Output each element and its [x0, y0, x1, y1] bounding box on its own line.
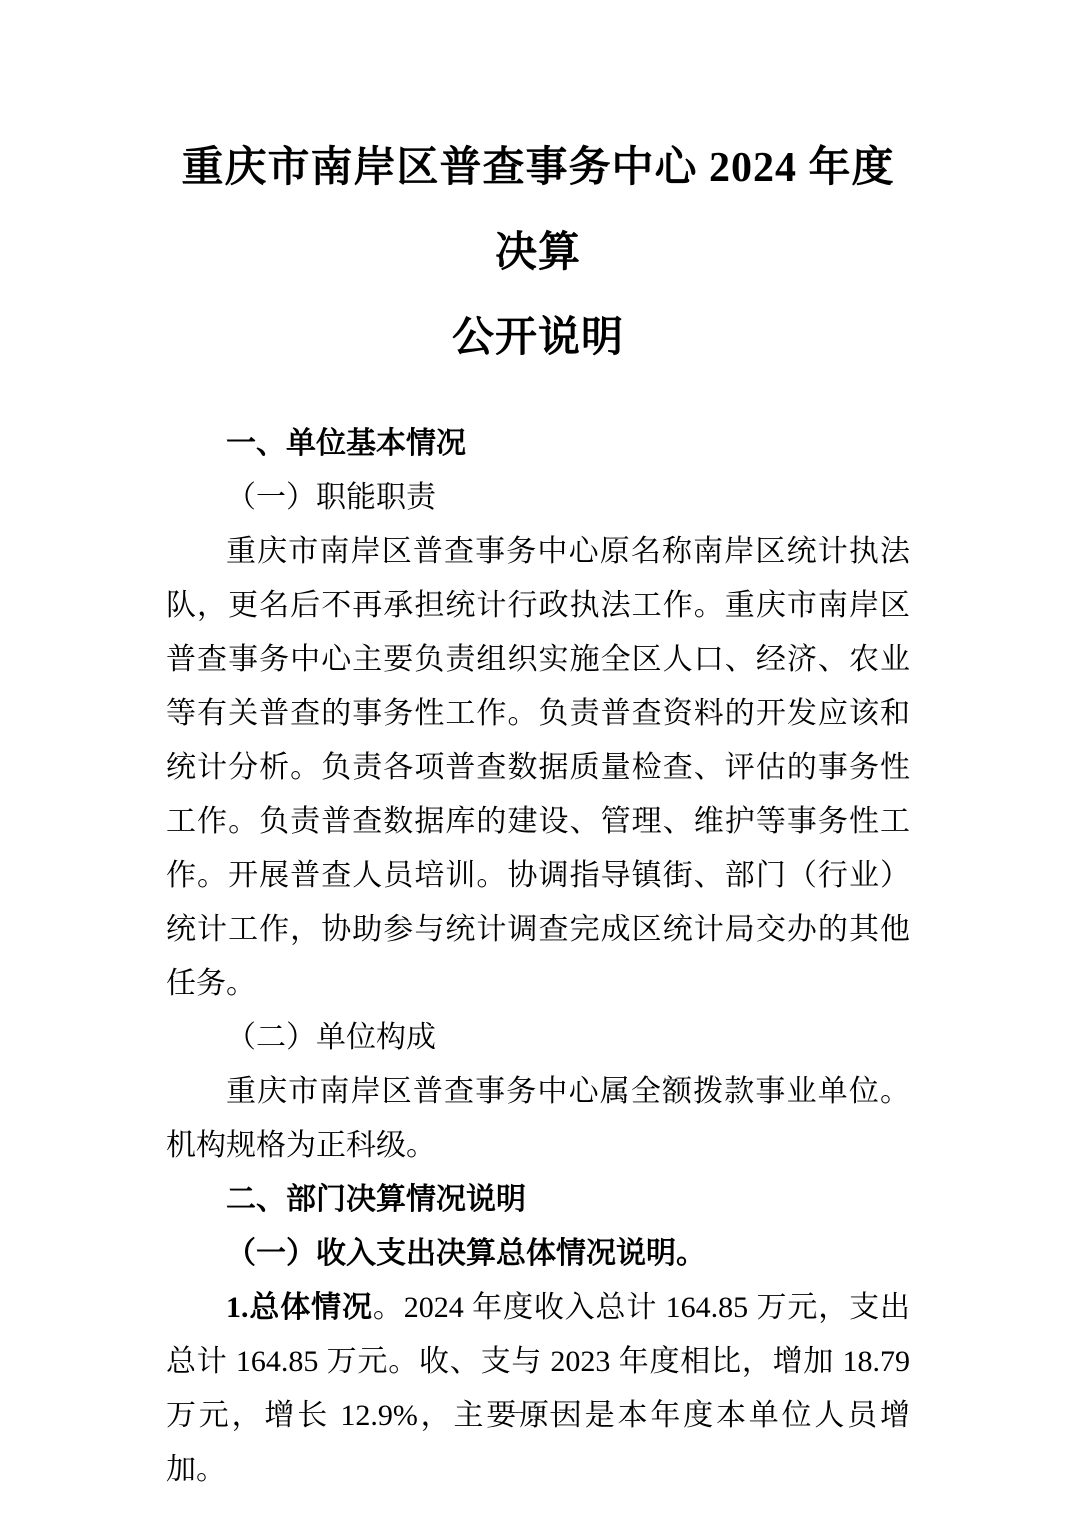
heading-section-2: 二、部门决算情况说明 — [166, 1173, 910, 1227]
document-title-line1: 重庆市南岸区普查事务中心 2024 年度决算 — [166, 126, 910, 296]
document-page: 重庆市南岸区普查事务中心 2024 年度决算 公开说明 一、单位基本情况 （一）… — [0, 0, 1075, 1520]
page-number: － 1 － — [0, 1398, 1075, 1428]
subheading-composition: （二）单位构成 — [166, 1011, 910, 1065]
paragraph-functions: 重庆市南岸区普查事务中心原名称南岸区统计执法队，更名后不再承担统计行政执法工作。… — [166, 525, 910, 1011]
document-body: 一、单位基本情况 （一）职能职责 重庆市南岸区普查事务中心原名称南岸区统计执法队… — [166, 417, 910, 1497]
heading-section-1: 一、单位基本情况 — [166, 417, 910, 471]
paragraph-composition: 重庆市南岸区普查事务中心属全额拨款事业单位。机构规格为正科级。 — [166, 1065, 910, 1173]
document-title: 重庆市南岸区普查事务中心 2024 年度决算 公开说明 — [166, 126, 910, 381]
paragraph-overview-lead: 1.总体情况 — [226, 1291, 373, 1324]
subheading-functions: （一）职能职责 — [166, 471, 910, 525]
document-title-line2: 公开说明 — [166, 296, 910, 381]
document-content: 重庆市南岸区普查事务中心 2024 年度决算 公开说明 一、单位基本情况 （一）… — [166, 126, 910, 1497]
subheading-budget-overview: （一）收入支出决算总体情况说明。 — [166, 1227, 910, 1281]
paragraph-overview: 1.总体情况。2024 年度收入总计 164.85 万元，支出总计 164.85… — [166, 1281, 910, 1497]
